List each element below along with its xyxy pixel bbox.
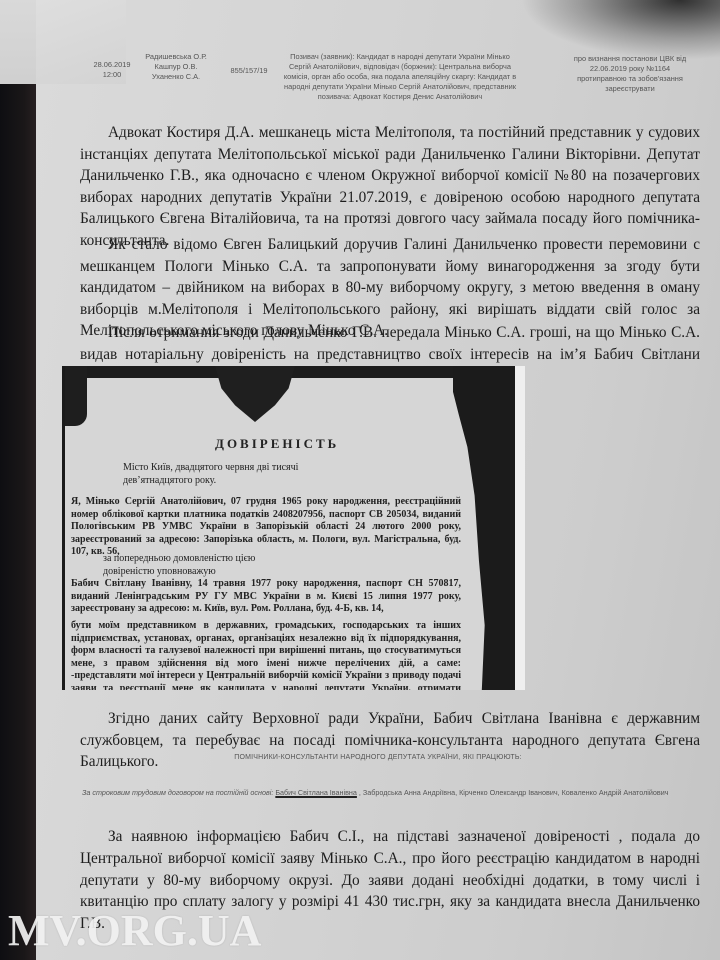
paragraph-lawyer-background: Адвокат Костиря Д.А. мешканець міста Мел…: [80, 122, 700, 252]
scan-principal-details: Я, Мінько Сергій Анатолійович, 07 грудня…: [71, 496, 461, 559]
assistants-list: За строковим трудовим договором на пості…: [82, 788, 682, 798]
judges-panel: Радишевська О.Р. Кашпур О.В. Уханенко С.…: [144, 52, 208, 82]
scan-agent-details: Бабич Світлану Іванівну, 14 травня 1977 …: [71, 578, 461, 616]
power-of-attorney-scan: ДОВІРЕНІСТЬ Місто Київ, двадцятого червн…: [62, 366, 525, 690]
assistants-list-label: За строковим трудовим договором на пості…: [82, 788, 273, 797]
scan-margin: [515, 366, 525, 690]
site-watermark: MV.ORG.UA: [8, 905, 261, 956]
paragraph-text: Адвокат Костиря Д.А. мешканець міста Мел…: [80, 122, 700, 252]
scan-agreement-line: за попередньою домовленістю цією довірен…: [103, 553, 263, 578]
assistants-other-names: , Забродська Анна Андріївна, Кірченко Ол…: [359, 788, 669, 797]
assistants-list-heading: ПОМІЧНИКИ-КОНСУЛЬТАНТИ НАРОДНОГО ДЕПУТАТ…: [36, 754, 720, 761]
coat-of-arms-ornament-icon: [215, 366, 295, 422]
case-number: 855/157/19: [224, 66, 274, 76]
court-case-header-row: 28.06.2019 12:00 Радишевська О.Р. Кашпур…: [36, 52, 720, 122]
ornament-corner-icon: [65, 366, 87, 426]
document-page: 28.06.2019 12:00 Радишевська О.Р. Кашпур…: [36, 0, 720, 960]
paragraph-text: Згідно даних сайту Верховної ради Україн…: [80, 708, 700, 773]
case-subject: про визнання постанови ЦВК від 22.06.201…: [570, 54, 690, 94]
scan-title: ДОВІРЕНІСТЬ: [215, 436, 339, 452]
case-parties: Позивач (заявник): Кандидат в народні де…: [280, 52, 520, 102]
hearing-date-time: 28.06.2019 12:00: [88, 60, 136, 80]
paragraph-verkhovna-rada-data: Згідно даних сайту Верховної ради Україн…: [80, 708, 700, 773]
assistant-highlighted-name: Бабич Світлана Іванівна: [275, 788, 357, 797]
background-dark-edge: [0, 84, 40, 960]
scan-powers-text: бути моїм представником в державних, гро…: [71, 620, 461, 690]
scan-city-date: Місто Київ, двадцятого червня дві тисячі…: [123, 462, 323, 487]
